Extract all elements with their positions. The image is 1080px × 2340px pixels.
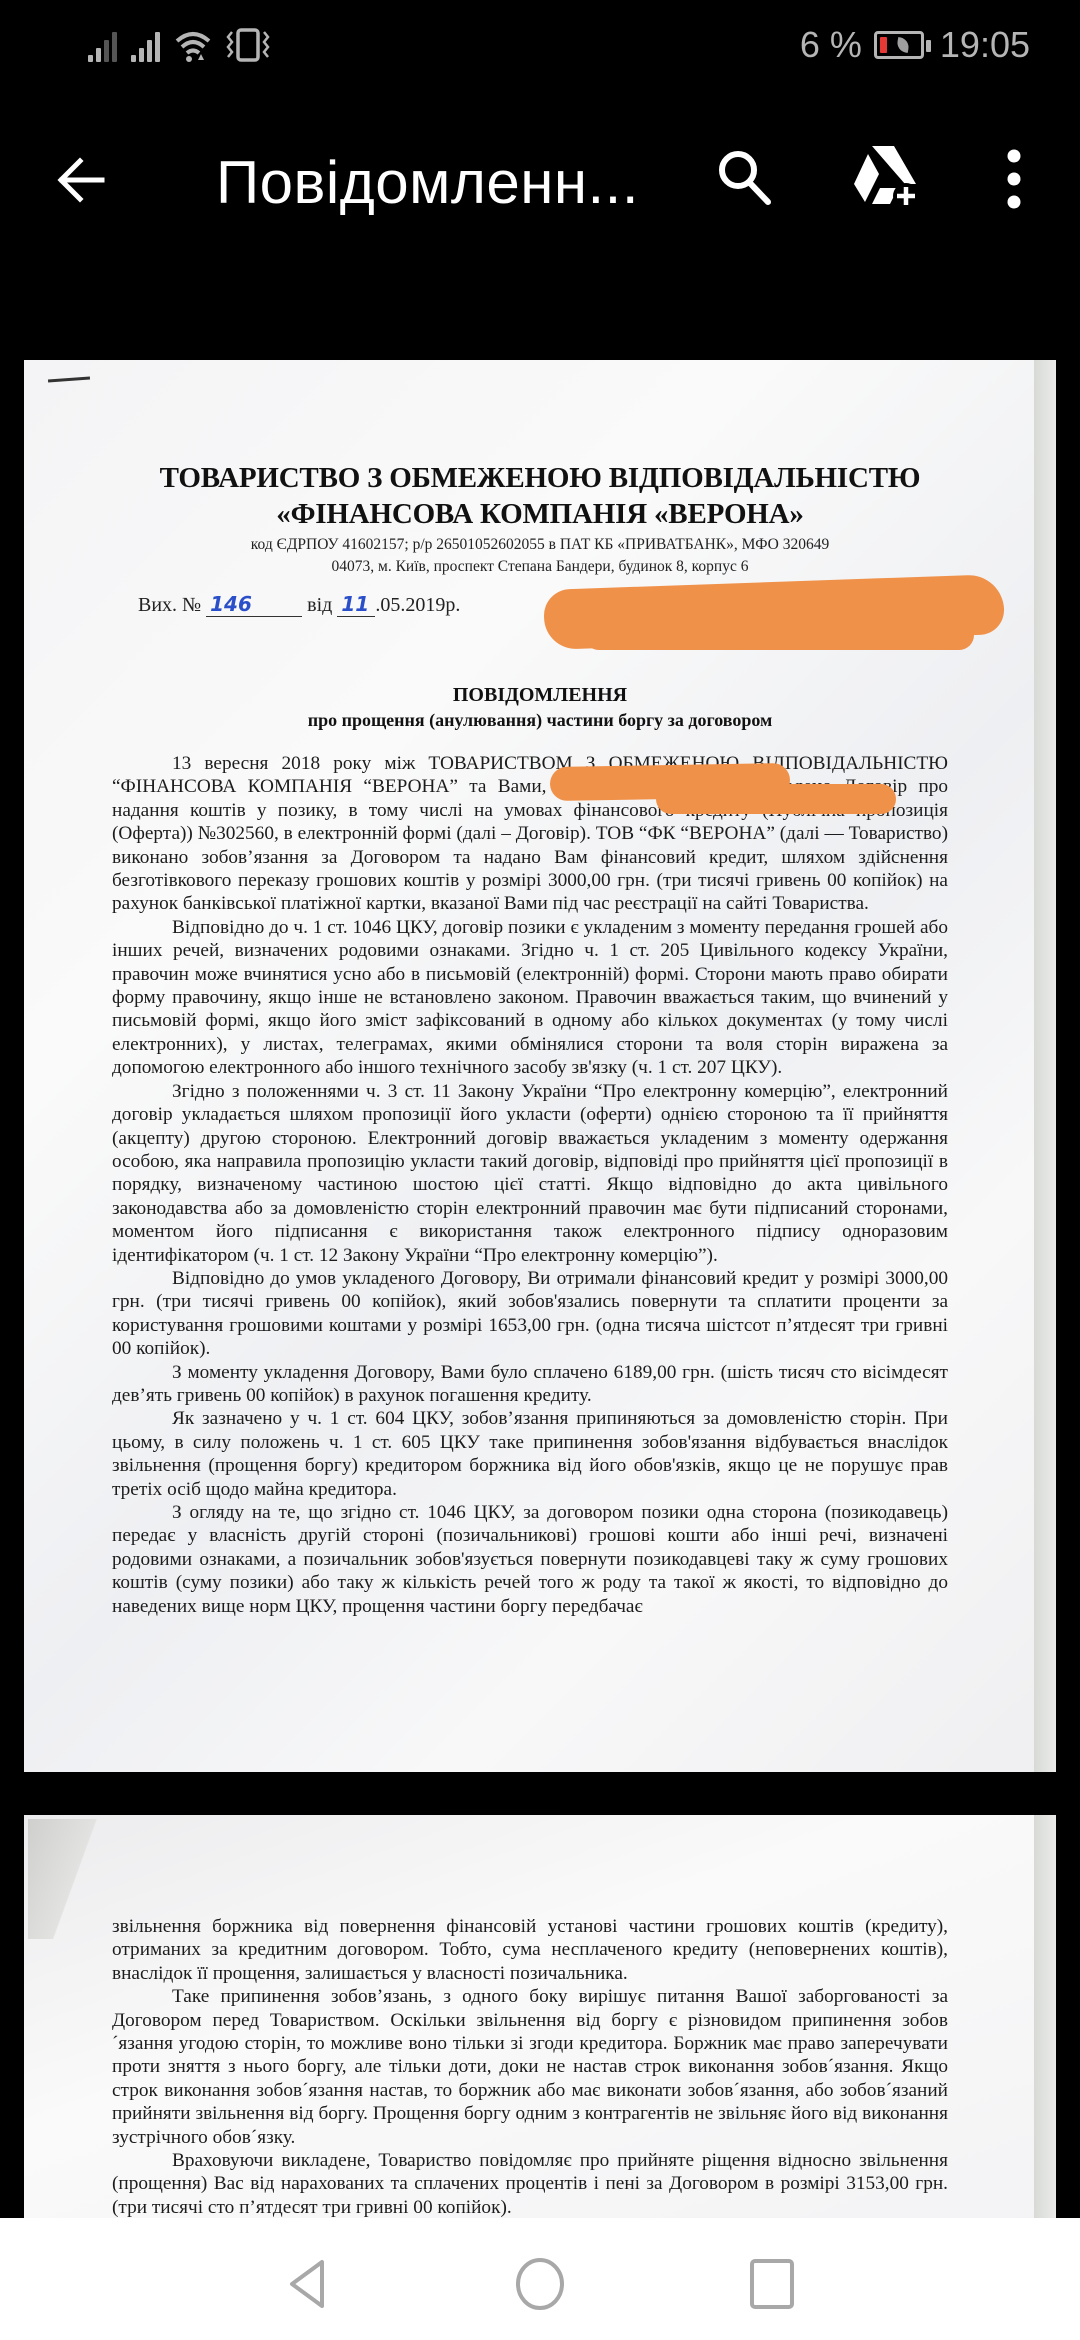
paragraph: Відповідно до ч. 1 ст. 1046 ЦКУ, договір… bbox=[112, 916, 948, 1080]
home-circle-icon[interactable] bbox=[510, 2254, 570, 2314]
company-name: ТОВАРИСТВО З ОБМЕЖЕНОЮ ВІДПОВІДАЛЬНІСТЮ … bbox=[84, 460, 996, 532]
document-title: Повідомленн... bbox=[216, 148, 639, 217]
signal-sim1-icon bbox=[88, 30, 117, 62]
vibrate-icon bbox=[226, 28, 270, 62]
page-fold-shadow bbox=[28, 1819, 98, 1939]
paragraph: Враховуючи викладене, Товариство повідом… bbox=[112, 2149, 948, 2219]
battery-saver-icon bbox=[874, 31, 924, 59]
redaction-mark bbox=[656, 784, 896, 814]
paragraph: Згідно з положеннями ч. 3 ст. 11 Закону … bbox=[112, 1080, 948, 1267]
paragraph: Таке припинення зобов’язань, з одного бо… bbox=[112, 1985, 948, 2149]
handwritten-ref-number: 146 bbox=[206, 592, 302, 617]
more-vert-icon[interactable] bbox=[998, 148, 1030, 210]
handwritten-day: 11 bbox=[337, 592, 375, 617]
back-triangle-icon[interactable] bbox=[278, 2254, 338, 2314]
battery-percent: 6 % bbox=[800, 24, 862, 66]
paragraph: Відповідно до умов укладеного Договору, … bbox=[112, 1267, 948, 1361]
status-icons-right: 6 % 19:05 bbox=[800, 24, 1030, 66]
redaction-mark bbox=[584, 620, 974, 650]
paragraph: 13 вересня 2018 року між ТОВАРИСТВОМ З О… bbox=[112, 752, 948, 916]
document-viewer[interactable]: ТОВАРИСТВО З ОБМЕЖЕНОЮ ВІДПОВІДАЛЬНІСТЮ … bbox=[0, 260, 1080, 2218]
paragraph: З моменту укладення Договору, Вами було … bbox=[112, 1361, 948, 1408]
page-edge-shadow bbox=[1034, 1815, 1056, 2235]
document-page-2: звільнення боржника від повернення фінан… bbox=[24, 1815, 1056, 2235]
wifi-icon bbox=[174, 30, 212, 62]
notice-body-page-1: 13 вересня 2018 року між ТОВАРИСТВОМ З О… bbox=[112, 752, 948, 1618]
status-bar: 6 % 19:05 bbox=[0, 0, 1080, 90]
document-page-1: ТОВАРИСТВО З ОБМЕЖЕНОЮ ВІДПОВІДАЛЬНІСТЮ … bbox=[24, 360, 1056, 1772]
paragraph: Як зазначено у ч. 1 ст. 604 ЦКУ, зобов’я… bbox=[112, 1407, 948, 1501]
status-icons-left bbox=[88, 28, 270, 62]
system-nav-bar bbox=[0, 2218, 1080, 2340]
notice-subtitle: про прощення (анулювання) частини боргу … bbox=[84, 710, 996, 731]
scan-mark bbox=[48, 377, 90, 383]
notice-title: ПОВІДОМЛЕННЯ bbox=[84, 684, 996, 707]
app-bar: Повідомленн... bbox=[0, 90, 1080, 260]
recents-square-icon[interactable] bbox=[742, 2254, 802, 2314]
page-edge-shadow bbox=[1034, 360, 1056, 1772]
notice-body-page-2: звільнення боржника від повернення фінан… bbox=[112, 1915, 948, 2219]
paragraph: звільнення боржника від повернення фінан… bbox=[112, 1915, 948, 1985]
signal-sim2-icon bbox=[131, 30, 160, 62]
company-requisites: код ЄДРПОУ 41602157; р/р 26501052602055 … bbox=[84, 534, 996, 578]
paragraph: З огляду на те, що згідно ст. 1046 ЦКУ, … bbox=[112, 1501, 948, 1618]
drive-add-icon[interactable] bbox=[850, 144, 920, 210]
search-icon[interactable] bbox=[712, 146, 776, 210]
outgoing-reference: Вих. № 146 від 11.05.2019р. bbox=[138, 592, 460, 617]
arrow-left-icon[interactable] bbox=[52, 150, 112, 210]
clock: 19:05 bbox=[940, 24, 1030, 66]
